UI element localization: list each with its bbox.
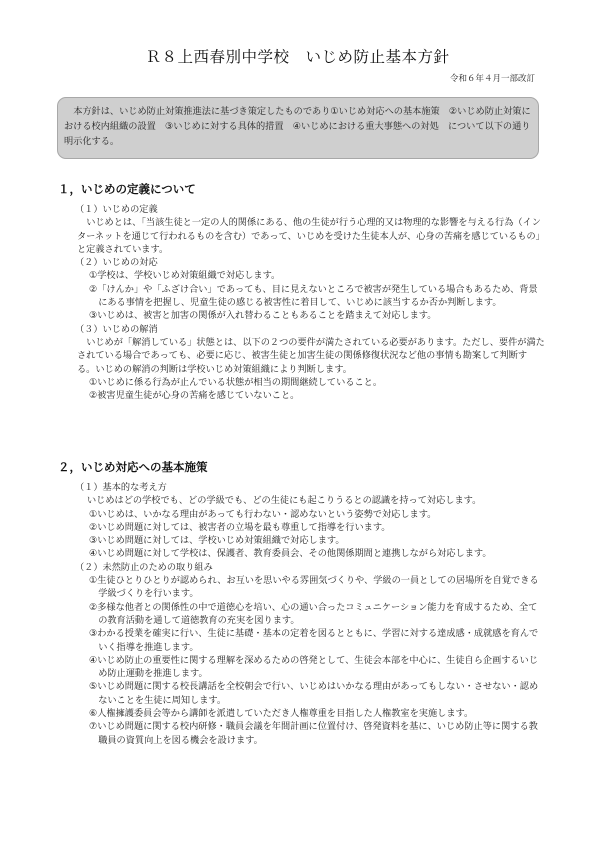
list-item: ③いじめは、被害と加害の関係が入れ替わることもあることを踏まえて対応します。: [89, 309, 545, 322]
list-item: ③いじめ問題に対しては、学校いじめ対策組織で対応します。: [89, 534, 545, 547]
definition-paragraph: いじめとは、「当該生徒と一定の人的関係にある、他の生徒が行う心理的又は物理的な影…: [77, 216, 545, 256]
lead-text: いじめはどの学校でも、どの学級でも、どの生徒にも起こりうるとの認識を持って対応し…: [87, 494, 545, 507]
list-item: ⑦いじめ問題に関する校内研修・職員会議を年間計画に位置付け、啓発資料を基に、いじ…: [89, 720, 545, 747]
list-item: ①いじめに係る行為が止んでいる状態が相当の期間継続していること。: [89, 376, 545, 389]
section-2-heading: ２，いじめ対応への基本施策: [58, 459, 208, 475]
list-item: ④いじめ問題に対して学校は、保護者、教育委員会、その他関係期間と連携しながら対応…: [89, 547, 545, 560]
list-item: ③わかる授業を確実に行い、生徒に基礎・基本の定着を図るとともに、学習に対する達成…: [89, 627, 545, 654]
subsection-title: （１）基本的な考え方: [75, 481, 545, 494]
resolution-paragraph: いじめが「解消している」状態とは、以下の２つの要件が満たされている必要があります…: [77, 336, 545, 376]
list-item: ①いじめは、いかなる理由があっても行わない・認めないという姿勢で対応します。: [89, 508, 545, 521]
subsection-title: （３）いじめの解消: [75, 323, 545, 336]
revision-date: 令和６年４月一部改訂: [450, 72, 535, 84]
subsection-title: （２）未然防止のための取り組み: [75, 561, 545, 574]
section-1-body: （１）いじめの定義 いじめとは、「当該生徒と一定の人的関係にある、他の生徒が行う…: [75, 203, 545, 402]
list-item: ①学校は、学校いじめ対策組織で対応します。: [89, 269, 545, 282]
list-item: ②多様な他者との関係性の中で道徳心を培い、心の通い合ったコミュニケーション能力を…: [89, 601, 545, 628]
section-2-body: （１）基本的な考え方 いじめはどの学校でも、どの学級でも、どの生徒にも起こりうる…: [75, 481, 545, 747]
list-item: ⑥人権擁護委員会等から講師を派遣していただき人権尊重を目指した人権教室を実施しま…: [89, 707, 545, 720]
subsection-title: （１）いじめの定義: [75, 203, 545, 216]
list-item: ②「けんか」や「ふざけ合い」であっても、目に見えないところで被害が発生している場…: [89, 283, 545, 310]
list-item: ①生徒ひとりひとりが認められ、お互いを思いやる雰囲気づくりや、学級の一員としての…: [89, 574, 545, 601]
section-1-heading: １，いじめの定義について: [58, 181, 196, 197]
list-item: ②いじめ問題に対しては、被害者の立場を最も尊重して指導を行います。: [89, 521, 545, 534]
list-item: ②被害児童生徒が心身の苦痛を感じていないこと。: [89, 389, 545, 402]
summary-text: 本方針は、いじめ防止対策推進法に基づき策定したものであり①いじめ対応への基本施策…: [64, 104, 532, 149]
subsection-title: （２）いじめの対応: [75, 256, 545, 269]
list-item: ④いじめ防止の重要性に関する理解を深めるための啓発として、生徒会本部を中心に、生…: [89, 654, 545, 681]
page-title: Ｒ８上西春別中学校 いじめ防止基本方針: [0, 45, 595, 67]
summary-box: 本方針は、いじめ防止対策推進法に基づき策定したものであり①いじめ対応への基本施策…: [57, 97, 539, 159]
list-item: ⑤いじめ問題に関する校長講話を全校朝会で行い、いじめはいかなる理由があってもしな…: [89, 680, 545, 707]
